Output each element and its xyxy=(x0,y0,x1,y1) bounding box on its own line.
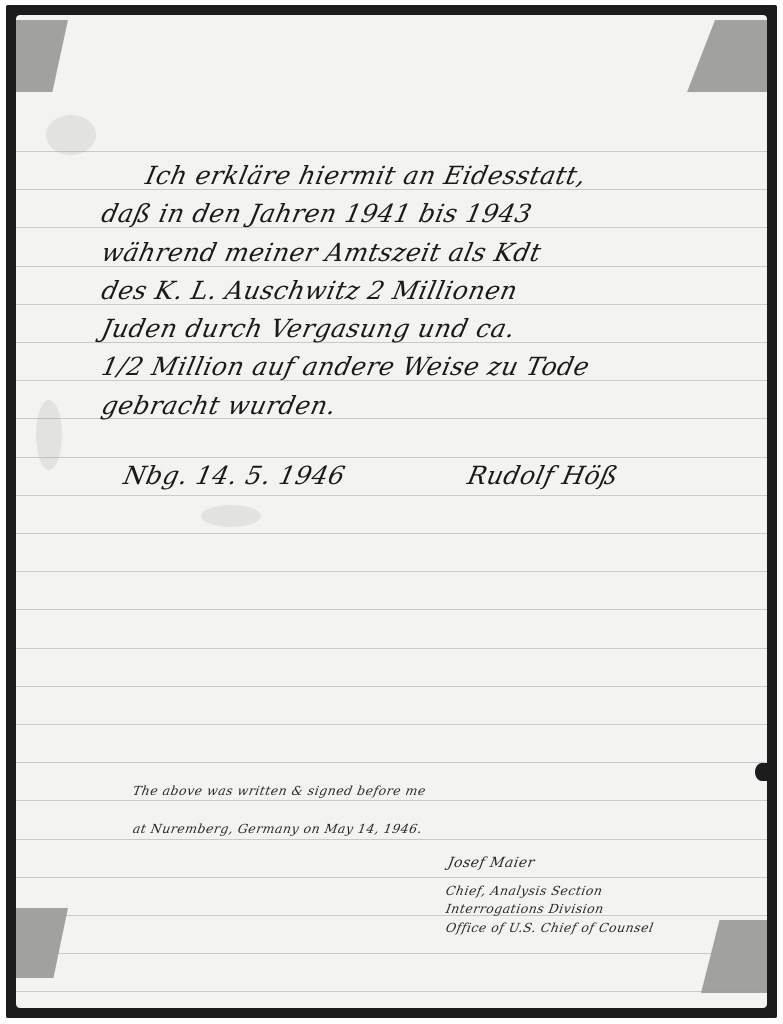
tape-top-left xyxy=(16,20,68,92)
statement-line-4: des K. L. Auschwitz 2 Millionen xyxy=(99,276,520,305)
stain xyxy=(36,400,62,470)
rule-line xyxy=(16,953,767,954)
witness-title-3: Office of U.S. Chief of Counsel xyxy=(445,920,655,935)
rule-line xyxy=(16,648,767,649)
statement-line-7: gebracht wurden. xyxy=(99,391,339,420)
statement-line-1: Ich erkläre hiermit an Eidesstatt, xyxy=(143,161,589,190)
rule-line xyxy=(16,839,767,840)
rule-line xyxy=(16,877,767,878)
statement-line-5: Juden durch Vergasung und ca. xyxy=(99,314,518,343)
rule-line xyxy=(16,915,767,916)
ruled-paper: Ich erkläre hiermit an Eidesstatt, daß i… xyxy=(16,15,767,1008)
tape-top-right xyxy=(687,20,767,92)
tape-bottom-left xyxy=(16,908,68,978)
rule-line xyxy=(16,533,767,534)
rule-line xyxy=(16,724,767,725)
witness-title-1: Chief, Analysis Section xyxy=(445,883,604,898)
attestation-line-1: The above was written & signed before me xyxy=(132,783,428,798)
witness-signature: Josef Maier xyxy=(447,855,537,871)
rule-line xyxy=(16,609,767,610)
tape-bottom-right xyxy=(701,920,767,993)
statement-line-2: daß in den Jahren 1941 bis 1943 xyxy=(99,199,535,228)
rule-line xyxy=(16,800,767,801)
stain xyxy=(46,115,96,155)
rule-line xyxy=(16,457,767,458)
statement-line-6: 1/2 Million auf andere Weise zu Tode xyxy=(99,352,593,381)
rule-line xyxy=(16,495,767,496)
rule-line xyxy=(16,686,767,687)
rule-line xyxy=(16,991,767,992)
rule-line xyxy=(16,762,767,763)
signature: Rudolf Höß xyxy=(465,461,621,490)
rule-line xyxy=(16,151,767,152)
statement-line-3: während meiner Amtszeit als Kdt xyxy=(99,238,544,267)
witness-title-2: Interrogations Division xyxy=(445,901,606,916)
attestation-line-2: at Nuremberg, Germany on May 14, 1946. xyxy=(132,821,424,836)
paper-tear xyxy=(755,763,767,781)
stain xyxy=(201,505,261,527)
rule-line xyxy=(16,571,767,572)
place-date: Nbg. 14. 5. 1946 xyxy=(121,461,348,490)
